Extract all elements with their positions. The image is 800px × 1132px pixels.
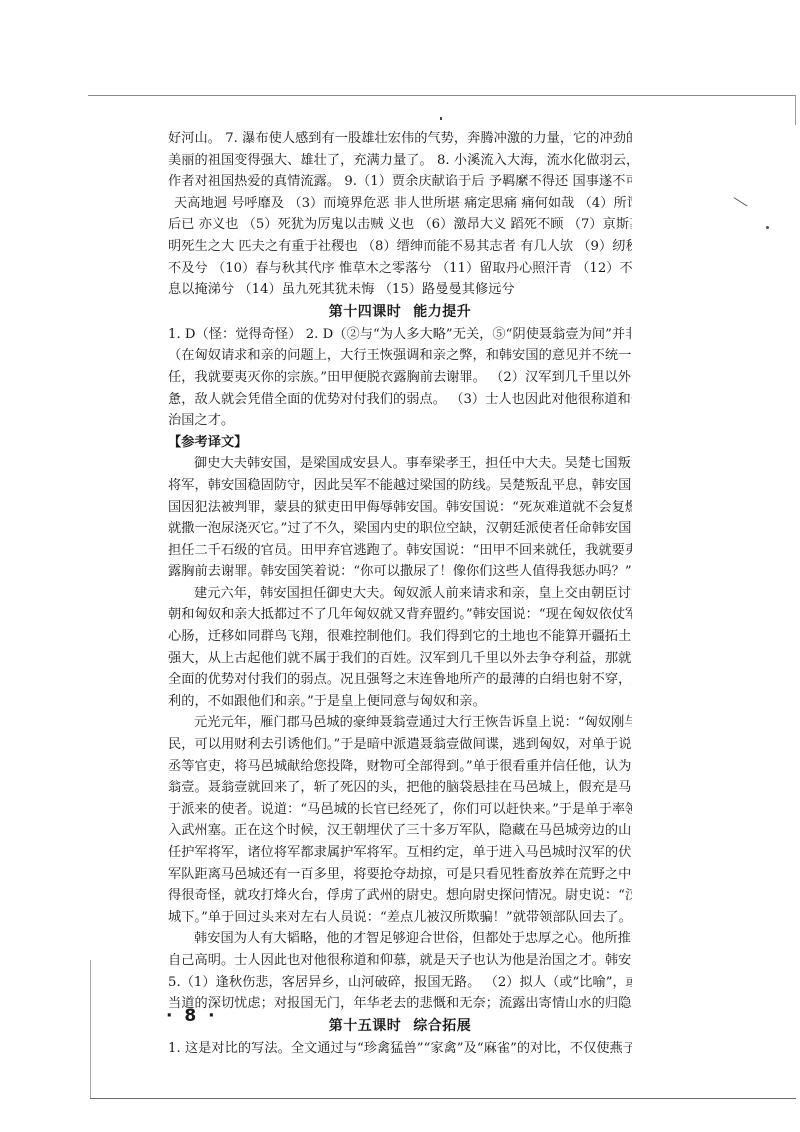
translation-line: 将军，韩安国稳固防守，因此吴军不能越过梁国的防线。吴楚叛乱平息，韩安国的名声从此…	[168, 475, 632, 497]
translation-line: 任护军将军，诸位将军都隶属护军将军。互相约定，单于进入马邑城时汉军的伏兵就奔驰出…	[168, 842, 632, 864]
page-frame-bottom-rule	[90, 1098, 796, 1099]
translation-line: 国因犯法被判罪，蒙县的狱吏田甲侮辱韩安国。韩安国说：“死灰难道就不会复燃吗？”田…	[168, 497, 632, 519]
translation-line: 御史大夫韩安国，是梁国成安县人。事奉梁孝王，担任中大夫。吴楚七国叛乱时，梁孝王派…	[168, 453, 632, 475]
page-number: · 8 ·	[166, 1006, 218, 1026]
scan-speck	[440, 117, 442, 120]
continued-answers-block: 好河山。 7. 瀑布使人感到有一股雄壮宏伟的气势，奔腾冲激的力量，它的冲劲的确使…	[168, 128, 632, 301]
text-line: 明死生之大 匹夫之有重于社稷也 （8）缙绅而能不易其志者 有几人欤 （9）纫秋兰…	[168, 236, 632, 258]
translation-line: 于派来的使者。说道：“马邑城的长官已经死了，你们可以赶快来。”于是单于率领十余万…	[168, 799, 632, 821]
text-line: 天高地迥 号呼靡及 （3）而境界危恶 非人世所堪 痛定思痛 痛何如哉 （4）所谓…	[168, 193, 632, 215]
answer-line: 治国之才。	[168, 410, 632, 432]
lesson-14-question-5: 5.（1）逢秋伤悲，客居异乡，山河破碎，报国无路。 （2）拟人（或“比喻”，或“…	[168, 972, 632, 1015]
translation-line: 丞等官吏，将马邑城献给您投降，财物可全部得到。”单于很看重并信任他，认为他说的有…	[168, 756, 632, 778]
translation-line: 利的，不如跟他们和亲。”于是皇上便同意与匈奴和亲。	[168, 691, 632, 713]
page-frame-left-rule	[90, 960, 91, 1098]
text-line: 美丽的祖国变得强大、雄壮了，充满力量了。 8. 小溪流入大海，流水化做羽云，这些…	[168, 150, 632, 172]
answer-line: 5.（1）逢秋伤悲，客居异乡，山河破碎，报国无路。 （2）拟人（或“比喻”，或“…	[168, 972, 632, 994]
translation-line: 元光元年，雁门郡马邑城的豪绅聂翁壹通过大行王恢告诉皇上说：“匈奴刚与汉和亲，亲近…	[168, 712, 632, 734]
answer-line: （在匈奴请求和亲的问题上，大行王恢强调和亲之弊，和韩安国的意见并不统一） 4.（…	[168, 345, 632, 367]
translation-line: 民，可以用财利去引诱他们。”于是暗中派遣聂翁壹做间谍，逃到匈奴，对单于说：“我能…	[168, 734, 632, 756]
translation-line: 全面的优势对付我们的弱点。况且强弩之末连鲁地所产的最薄的白绢也射不穿，发兵攻打匈…	[168, 669, 632, 691]
page-frame-top-rule	[88, 95, 796, 96]
translation-line: 韩安国为人有大韬略，他的才智足够迎合世俗，但都处于忠厚之心。他所推荐的都是廉洁的…	[168, 928, 632, 950]
answer-line: 1. 这是对比的写法。全文通过与“珍禽猛兽”“家禽”及“麻雀”的对比，不仅使燕子…	[168, 1038, 632, 1060]
page-content: 好河山。 7. 瀑布使人感到有一股雄壮宏伟的气势，奔腾冲激的力量，它的冲劲的确使…	[168, 128, 632, 1059]
text-line: 后已 亦义也 （5）死犹为厉鬼以击贼 义也 （6）激昂大义 蹈死不顾 （7）亰斯…	[168, 214, 632, 236]
translation-line: 翁壹。聂翁壹就回来了，斩了死囚的头，把他的脑袋悬挂在马邑城上，假充是马邑城官吏的…	[168, 777, 632, 799]
translation-line: 城下。”单于回过头来对左右人员说：“差点儿被汉所欺骗！”就带领部队回去了。	[168, 907, 632, 929]
section-title-lesson: 第十四课时	[329, 304, 402, 320]
section-heading-lesson-15: 第十五课时综合拓展	[168, 1015, 632, 1038]
translation-line: 就撒一泡尿浇灭它。”过了不久，梁国内史的职位空缺，汉朝廷派使者任命韩安国为梁国内…	[168, 518, 632, 540]
answer-line: 任，我就要夷灭你的宗族。”田甲便脱衣露胸前去谢罪。 （2）汉军到几千里以外去争夺…	[168, 367, 632, 389]
section-title-lesson: 第十五课时	[329, 1018, 402, 1034]
scan-speck	[766, 226, 769, 229]
section-title-topic: 能力提升	[413, 304, 471, 320]
translation-line: 得很奇怪，就攻打烽火台，俘虏了武州的尉史。想向尉史探问情况。尉史说：“汉军有几十…	[168, 885, 632, 907]
translation-line: 朝和匈奴和亲大抵都过不了几年匈奴就又背弃盟约。”韩安国说：“现在匈奴依仗军马的充…	[168, 604, 632, 626]
text-line: 作者对祖国热爱的真情流露。 9.（1）贾余庆献谄于后 予羁縻不得还 国事遂不可收…	[168, 171, 632, 193]
translation-line: 心肠，迁移如同群鸟飞翔，很难控制他们。我们得到它的土地也不能算开疆拓土，拥有了他…	[168, 626, 632, 648]
translation-line: 露胸前去谢罪。韩安国笑着说：“你可以撒尿了！像你们这些人值得我惩办吗？”最后友好…	[168, 561, 632, 583]
text-line: 息以掩涕兮 （14）虽九死其犹未悔 （15）路曼曼其修远兮	[168, 279, 632, 301]
reference-translation: 御史大夫韩安国，是梁国成安县人。事奉梁孝王，担任中大夫。吴楚七国叛乱时，梁孝王派…	[168, 453, 632, 971]
text-line: 好河山。 7. 瀑布使人感到有一股雄壮宏伟的气势，奔腾冲激的力量，它的冲劲的确使…	[168, 128, 632, 150]
translation-line: 担任二千石级的官员。田甲弃官逃跑了。韩安国说：“田甲不回来就任，我就要夷灭你的宗…	[168, 540, 632, 562]
text-line: 不及兮 （10）春与秋其代序 惟草木之零落兮 （11）留取丹心照汗青 （12）不…	[168, 258, 632, 280]
translation-line: 建元六年，韩安国担任御史大夫。匈奴派人前来请求和亲，皇上交由朝臣讨论。大行王恢议…	[168, 583, 632, 605]
answer-line: 惫，敌人就会凭借全面的优势对付我们的弱点。 （3）士人也因此对他很称道和仰慕，就…	[168, 389, 632, 411]
lesson-15-answers: 1. 这是对比的写法。全文通过与“珍禽猛兽”“家禽”及“麻雀”的对比，不仅使燕子…	[168, 1038, 632, 1060]
translation-line: 入武州塞。正在这个时候，汉王朝埋伏了三十多万军队，隐藏在马邑城旁边的山谷中。御史…	[168, 820, 632, 842]
translation-line: 强大，从上古起他们就不属于我们的百姓。汉军到几千里以外去争夺利益，那就会人马疲惫…	[168, 648, 632, 670]
page-frame-right-rule	[795, 95, 796, 125]
answer-line: 当道的深切忧虑；对报国无门，年华老去的悲慨和无奈；流露出寄情山水的归隐思想。	[168, 993, 632, 1015]
answer-line: 1. D（怪：觉得奇怪） 2. D（②与“为人多大略”无关，⑤“阴使聂翁壹为间”…	[168, 324, 632, 346]
section-heading-lesson-14: 第十四课时能力提升	[168, 301, 632, 324]
translation-line: 军队距离马邑城还有一百多里，将要抢夺劫掠，可是只看见牲畜放养在荒野之中，却见不到…	[168, 864, 632, 886]
reference-translation-label: 【参考译文】	[168, 432, 632, 454]
section-title-topic: 综合拓展	[413, 1018, 471, 1034]
lesson-14-answers: 1. D（怪：觉得奇怪） 2. D（②与“为人多大略”无关，⑤“阴使聂翁壹为间”…	[168, 324, 632, 432]
pen-mark-icon: ╲	[734, 194, 747, 210]
translation-line: 自己高明。士人因此也对他很称道和仰慕，就是天子也认为他是治国之才。韩安国在元朔二…	[168, 950, 632, 972]
